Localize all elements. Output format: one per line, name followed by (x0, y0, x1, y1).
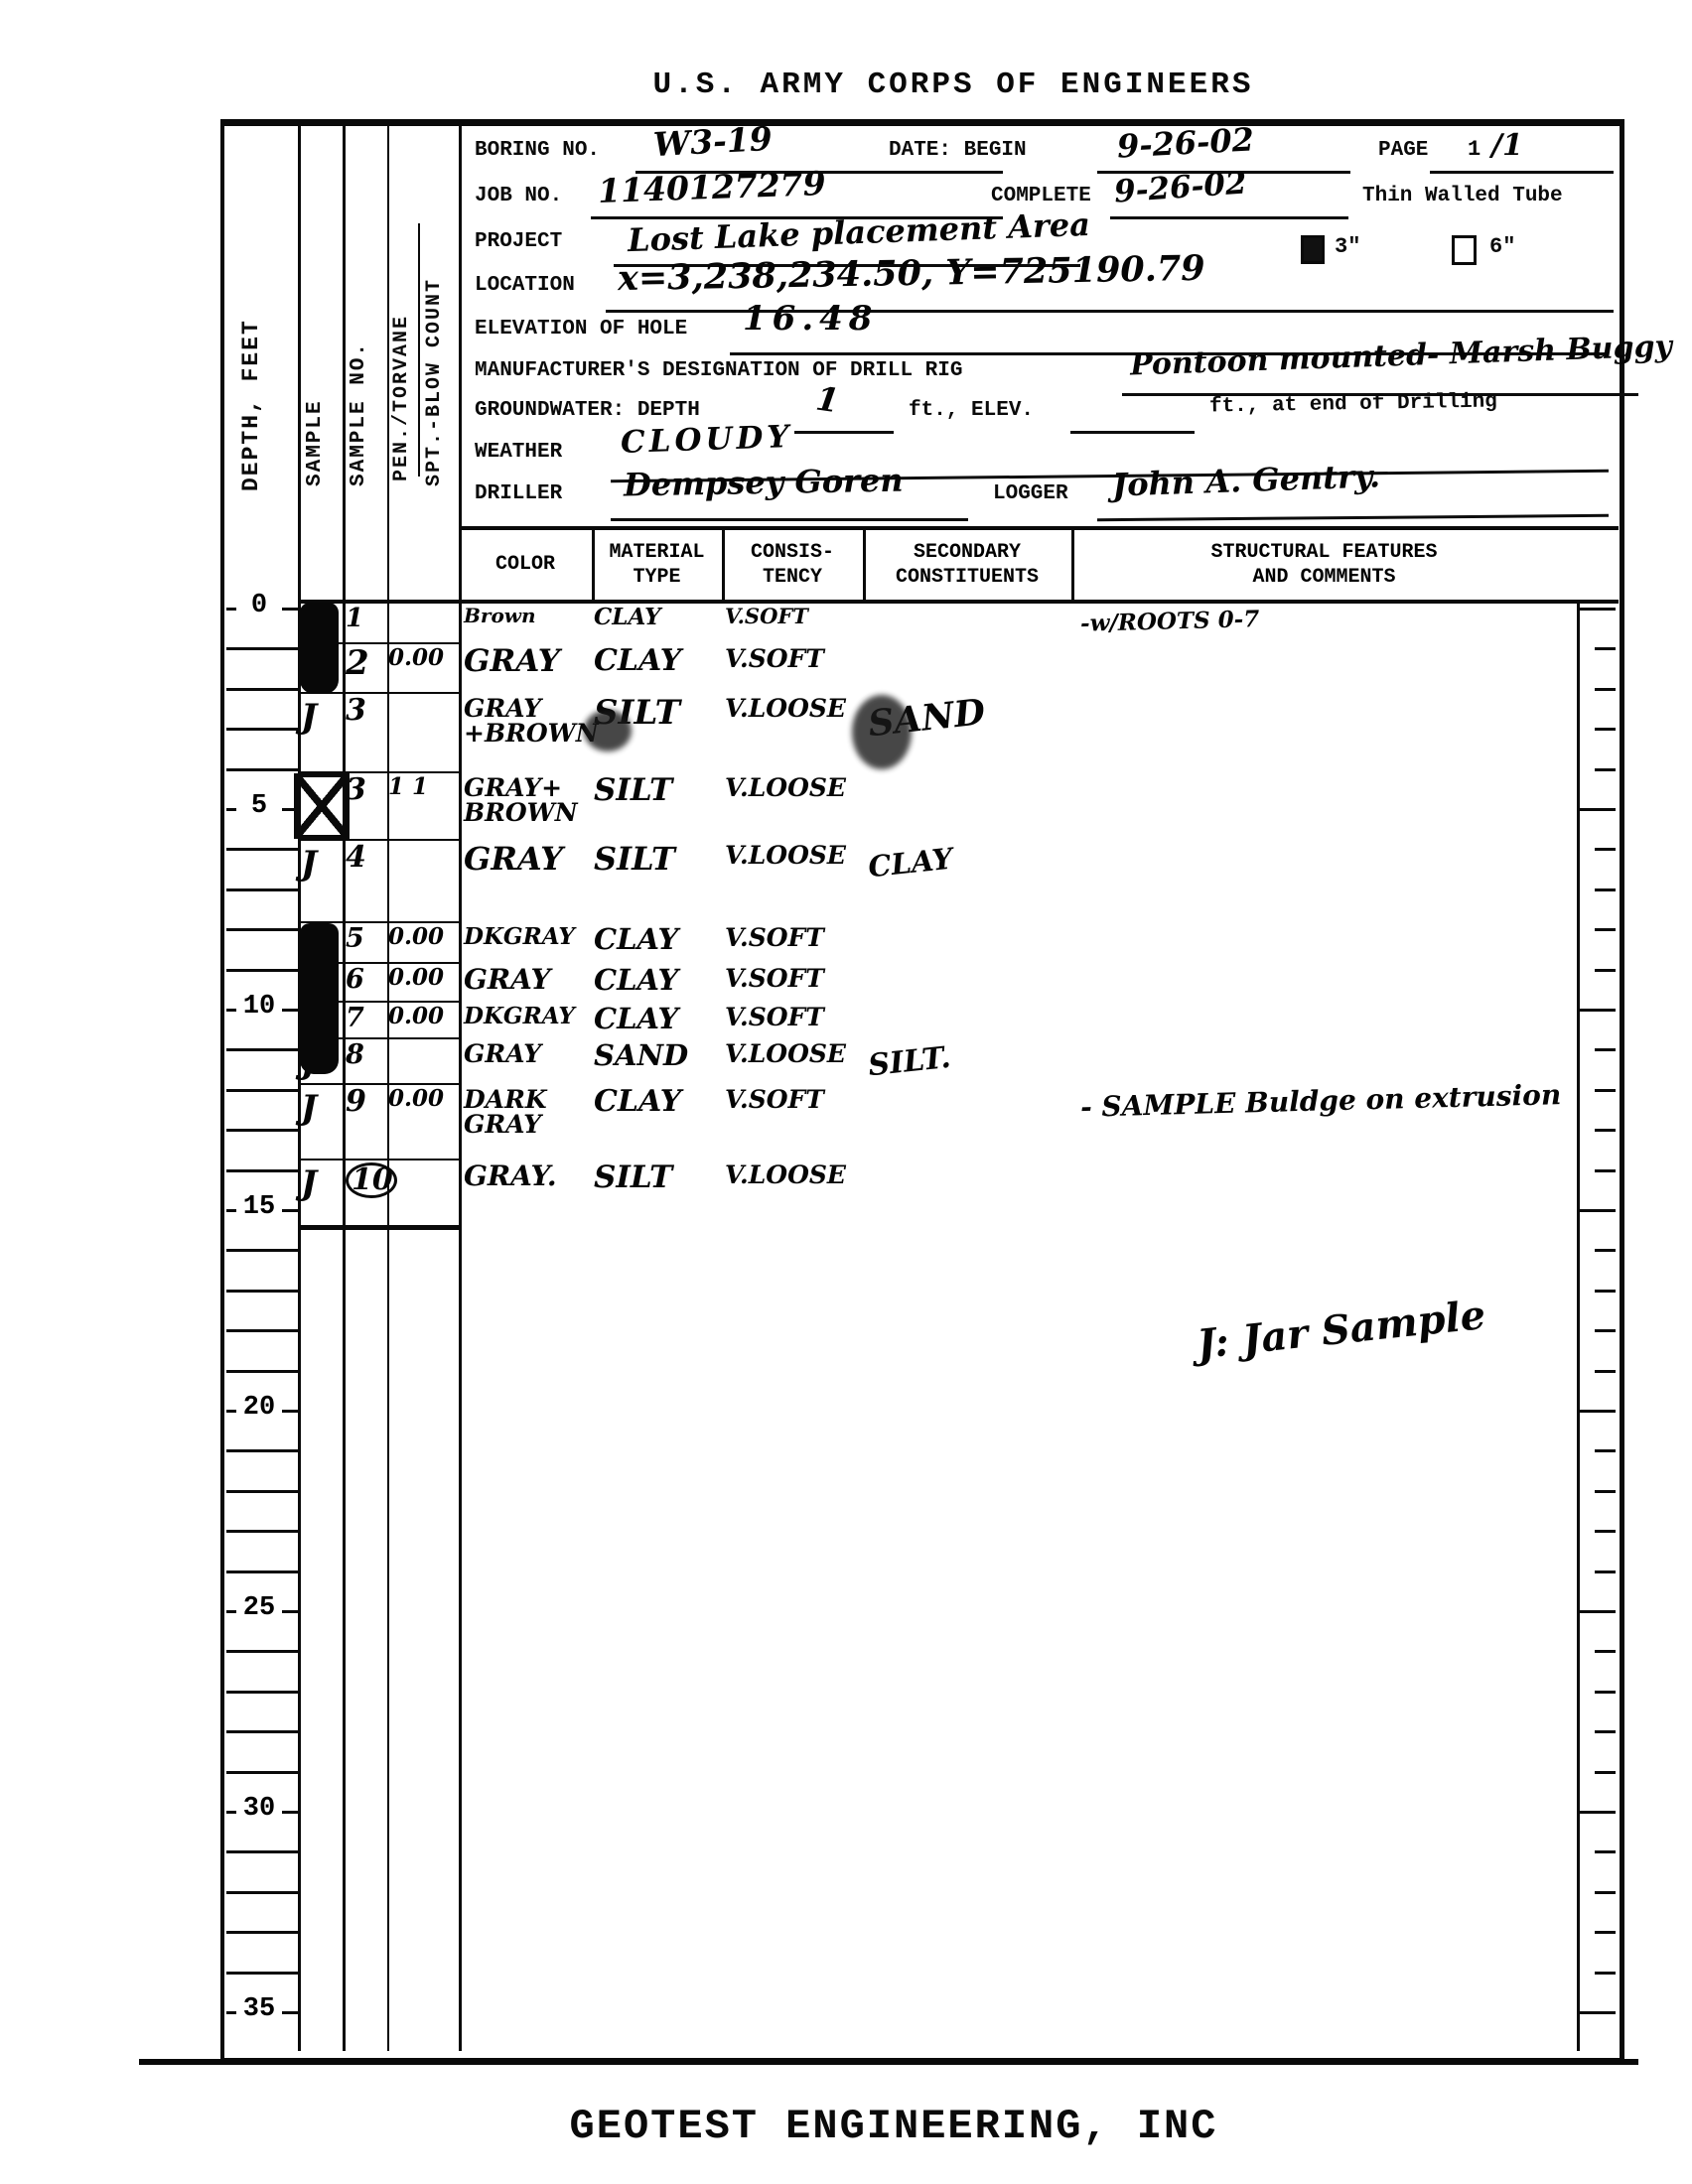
log-cell-consistency: V.LOOSE (725, 1162, 860, 1187)
ruler-minor-tick (1595, 1891, 1616, 1894)
log-cell-color: GRAY +BROWN (464, 696, 590, 746)
ruler-minor-tick (1595, 1850, 1616, 1853)
thin-walled-tube-label: Thin Walled Tube (1362, 185, 1563, 207)
log-cell-material: CLAY (594, 646, 720, 676)
log-cell-color: GRAY (464, 1041, 590, 1066)
scan-smudge (584, 710, 632, 751)
log-cell-color: GRAY (464, 966, 590, 994)
ruler-minor-tick (1595, 1972, 1616, 1975)
column-header-consistency: CONSIS- TENCY (722, 529, 863, 600)
depth-tick (226, 888, 298, 891)
log-cell-no: 2 (346, 646, 385, 680)
ruler-minor-tick (1595, 1650, 1616, 1653)
ruler-minor-tick (1595, 728, 1616, 731)
colsep-structural (1071, 529, 1074, 600)
boring-no-value: W3-19 (652, 122, 773, 161)
job-no-value: 1140127279 (597, 167, 826, 207)
log-cell-consistency: V.SOFT (725, 925, 860, 950)
depth-tick (226, 1290, 298, 1293)
tube-sample-marker (300, 923, 339, 1074)
tube-3in-label: 3" (1335, 234, 1360, 259)
log-cell-material: SILT (594, 843, 720, 875)
colsep-material (592, 529, 595, 600)
jar-sample-marker: J (301, 847, 317, 881)
log-cell-no: 4 (346, 843, 385, 873)
footer-company-name: GEOTEST ENGINEERING, INC (417, 2103, 1370, 2150)
crossed-box-marker (294, 773, 350, 839)
groundwater-elev-line (1070, 431, 1195, 434)
right-ruler-border (1577, 600, 1580, 2051)
log-cell-pen: 0.00 (388, 646, 458, 669)
ruler-minor-tick (1595, 647, 1616, 650)
log-cell-consistency: V.SOFT (725, 966, 860, 991)
checkbox-3in-checked (1301, 235, 1325, 264)
depth-label: 0 (236, 591, 282, 620)
page-line (1430, 171, 1614, 174)
log-cell-material: SAND (594, 1041, 720, 1070)
log-cell-consistency: V.LOOSE (725, 1041, 860, 1066)
ruler-minor-tick (1595, 1570, 1616, 1573)
depth-tick (226, 1891, 298, 1894)
checkbox-6in-unchecked (1452, 235, 1477, 265)
scan-smudge (852, 695, 912, 769)
ruler-minor-tick (1595, 1370, 1616, 1373)
depth-tick (226, 688, 298, 691)
pen-col-border (459, 119, 462, 2051)
page-title: U.S. ARMY CORPS OF ENGINEERS (477, 68, 1430, 102)
depth-col-border (298, 119, 301, 2051)
log-cell-consistency: V.SOFT (725, 1005, 860, 1029)
groundwater-elev-label: ft., ELEV. (909, 399, 1034, 422)
depth-tick (226, 1129, 298, 1132)
ruler-major-tick (1577, 808, 1616, 811)
ruler-minor-tick (1595, 888, 1616, 891)
elevation-label: ELEVATION OF HOLE (475, 318, 687, 341)
ruler-minor-tick (1595, 1048, 1616, 1051)
log-cell-pen: 1 1 (388, 775, 458, 798)
jar-sample-marker: J (301, 700, 317, 734)
log-cell-material: CLAY (594, 1005, 720, 1033)
log-cell-material: CLAY (594, 606, 720, 628)
project-label: PROJECT (475, 230, 562, 253)
log-cell-no: 3 (346, 775, 385, 805)
weather-label: WEATHER (475, 441, 562, 464)
log-cell-material: SILT (594, 775, 720, 806)
tube-6in-label: 6" (1489, 234, 1515, 259)
pen-torvane-header: PEN./TORVANE (390, 243, 413, 481)
groundwater-depth-value: 1 (814, 382, 841, 418)
depth-tick (226, 848, 298, 851)
jar-sample-marker: J (301, 1166, 317, 1200)
ruler-minor-tick (1595, 768, 1616, 771)
depth-tick (226, 1449, 298, 1452)
ruler-minor-tick (1595, 1931, 1616, 1934)
depth-tick (226, 728, 298, 731)
depth-tick (226, 647, 298, 650)
depth-label: 35 (236, 1994, 282, 2024)
log-cell-no: 10 (346, 1162, 397, 1198)
ruler-minor-tick (1595, 1490, 1616, 1493)
row-separator (298, 839, 459, 841)
ruler-major-tick (1577, 1610, 1616, 1613)
weather-value: CLOUDY (621, 422, 794, 459)
log-cell-pen: 0.00 (388, 966, 458, 989)
log-cell-consistency: V.LOOSE (725, 775, 860, 800)
ruler-minor-tick (1595, 1290, 1616, 1293)
row-separator (298, 1159, 459, 1160)
log-cell-consistency: V.LOOSE (725, 696, 860, 721)
ruler-minor-tick (1595, 848, 1616, 851)
location-label: LOCATION (475, 274, 575, 297)
log-cell-color: DARK GRAY (464, 1087, 590, 1137)
depth-tick (226, 1771, 298, 1774)
column-header-secondary: SECONDARY CONSTITUENTS (863, 529, 1071, 600)
driller-label: DRILLER (475, 482, 562, 505)
depth-label: 20 (236, 1393, 282, 1423)
depth-tick (226, 1329, 298, 1332)
log-cell-no: 9 (346, 1087, 385, 1117)
depth-tick (226, 1650, 298, 1653)
depth-tick (226, 1691, 298, 1694)
log-cell-color: DKGRAY (464, 1005, 590, 1027)
ruler-minor-tick (1595, 688, 1616, 691)
boring-log-page: U.S. ARMY CORPS OF ENGINEERS DEPTH, FEET… (0, 0, 1692, 2184)
column-header-material-type: MATERIAL TYPE (592, 529, 722, 600)
log-cell-consistency: V.SOFT (725, 1087, 860, 1112)
ruler-minor-tick (1595, 1730, 1616, 1733)
column-header-color: COLOR (459, 529, 592, 600)
depth-tick (226, 1490, 298, 1493)
log-cell-material: CLAY (594, 1087, 720, 1117)
depth-label: 5 (236, 791, 282, 821)
boring-no-label: BORING NO. (475, 139, 600, 162)
depth-tick (226, 1169, 298, 1172)
ruler-minor-tick (1595, 1089, 1616, 1092)
logger-value: John A. Gentry. (1112, 460, 1381, 500)
date-begin-value: 9-26-02 (1116, 123, 1254, 162)
log-cell-color: GRAY (464, 646, 590, 677)
depth-feet-header: DEPTH, FEET (238, 263, 264, 491)
depth-label: 10 (236, 992, 282, 1022)
depth-tick (226, 1048, 298, 1051)
log-cell-material: CLAY (594, 925, 720, 954)
ruler-minor-tick (1595, 1169, 1616, 1172)
depth-tick (226, 1931, 298, 1934)
driller-value: Dempsey Goren (624, 465, 904, 501)
page-label: PAGE (1378, 139, 1428, 162)
ruler-minor-tick (1595, 928, 1616, 931)
log-cell-material: CLAY (594, 966, 720, 995)
ruler-major-tick (1577, 1209, 1616, 1212)
spt-blow-count-header: SPT.-BLOW COUNT (423, 199, 446, 486)
column-header-structural: STRUCTURAL FEATURES AND COMMENTS (1071, 529, 1577, 600)
ruler-minor-tick (1595, 1530, 1616, 1533)
log-cell-consistency: V.SOFT (725, 606, 860, 626)
log-cell-color: Brown (464, 606, 590, 625)
jar-sample-marker: J (301, 1091, 317, 1125)
log-cell-pen: 0.00 (388, 925, 458, 948)
complete-line (1110, 216, 1348, 219)
log-cell-consistency: V.LOOSE (725, 843, 860, 868)
depth-tick (226, 768, 298, 771)
ruler-major-tick (1577, 1410, 1616, 1413)
ruler-minor-tick (1595, 969, 1616, 972)
elevation-value: 16.48 (743, 302, 878, 336)
depth-tick (226, 1089, 298, 1092)
depth-tick (226, 969, 298, 972)
job-no-label: JOB NO. (475, 185, 562, 207)
colsep-consistency (722, 529, 725, 600)
log-cell-color: GRAY (464, 843, 590, 875)
ruler-minor-tick (1595, 1129, 1616, 1132)
log-cell-no: 5 (346, 925, 385, 952)
log-cell-pen: 0.00 (388, 1087, 458, 1110)
depth-label: 25 (236, 1593, 282, 1623)
ruler-minor-tick (1595, 1249, 1616, 1252)
depth-tick (226, 1730, 298, 1733)
ruler-major-tick (1577, 1811, 1616, 1814)
pen-divider-line (418, 223, 420, 477)
depth-tick (226, 928, 298, 931)
ruler-minor-tick (1595, 1691, 1616, 1694)
ruler-minor-tick (1595, 1329, 1616, 1332)
page-suffix: /1 (1491, 131, 1523, 161)
log-cell-no: 8 (346, 1041, 385, 1068)
ruler-minor-tick (1595, 1449, 1616, 1452)
tube-sample-marker (300, 603, 339, 694)
log-cell-consistency: V.SOFT (725, 646, 860, 671)
depth-tick (226, 1370, 298, 1373)
sample-cols-bottom-line (298, 1225, 462, 1230)
depth-tick (226, 1972, 298, 1975)
log-cell-no: 1 (346, 606, 385, 631)
date-begin-label: DATE: BEGIN (889, 139, 1027, 162)
depth-label: 15 (236, 1192, 282, 1222)
depth-tick (226, 1530, 298, 1533)
ruler-major-tick (1577, 1009, 1616, 1012)
log-cell-no: 6 (346, 966, 385, 993)
depth-tick (226, 1850, 298, 1853)
ruler-major-tick (1577, 2011, 1616, 2014)
logger-label: LOGGER (993, 482, 1068, 505)
complete-label: COMPLETE (991, 185, 1091, 207)
ruler-minor-tick (1595, 1771, 1616, 1774)
log-cell-no: 7 (346, 1005, 385, 1031)
complete-value: 9-26-02 (1113, 168, 1247, 207)
location-value: x=3,238,234.50, Y=725190.79 (618, 251, 1205, 296)
colsep-secondary (863, 529, 866, 600)
log-cell-material: SILT (594, 1162, 720, 1193)
rig-label: MANUFACTURER'S DESIGNATION OF DRILL RIG (475, 359, 962, 382)
footer-rule (139, 2059, 1638, 2065)
log-cell-pen: 0.00 (388, 1005, 458, 1027)
depth-tick (226, 1570, 298, 1573)
log-cell-color: DKGRAY (464, 925, 590, 948)
log-cell-color: GRAY. (464, 1162, 590, 1190)
depth-tick (226, 1249, 298, 1252)
driller-line (611, 518, 968, 521)
log-cell-no: 3 (346, 696, 385, 726)
groundwater-label: GROUNDWATER: DEPTH (475, 399, 700, 422)
depth-label: 30 (236, 1794, 282, 1824)
sample-header: SAMPLE (304, 357, 327, 486)
page-value: 1 (1468, 137, 1480, 162)
log-cell-color: GRAY+ BROWN (464, 775, 590, 825)
sample-no-header: SAMPLE NO. (348, 318, 370, 486)
groundwater-depth-line (794, 431, 894, 434)
